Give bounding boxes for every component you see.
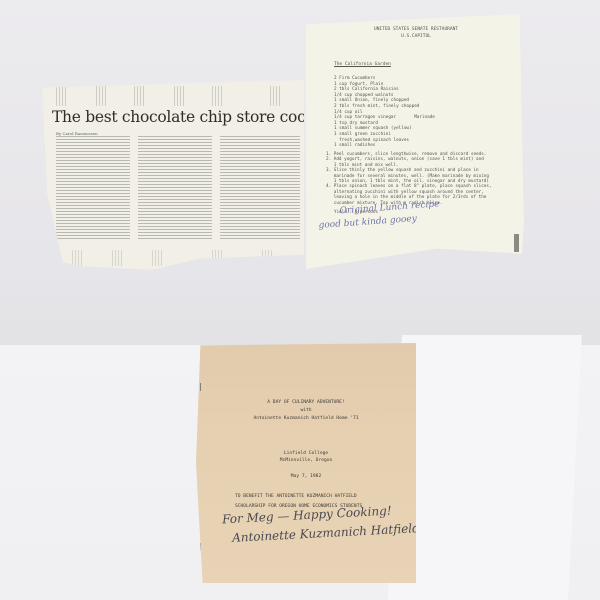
clipping-headline: The best chocolate chip store cookie in … (52, 108, 307, 126)
booklet-venue: Linfield College (196, 451, 416, 456)
recipe-header-restaurant: UNITED STATES SENATE RESTAURANT (346, 27, 486, 32)
recipe-steps: 1. Peel cucumbers, slice lengthwise, rem… (326, 152, 516, 206)
booklet-signature: Antoinette Kuzmanich Hatfield (232, 521, 420, 545)
paper-clip-mark (514, 234, 519, 252)
backdrop-right-sheet (388, 335, 582, 600)
clipping-top-ad-strip (48, 84, 304, 106)
clipping-bottom-ad-strip (62, 250, 304, 270)
typed-recipe-sheet: UNITED STATES SENATE RESTAURANT U.S.CAPI… (306, 14, 524, 269)
booklet-event-title: A DAY OF CULINARY ADVENTURE! (196, 400, 416, 405)
clipping-column (220, 136, 300, 241)
booklet-host: Antoinette Kuzmanich Hatfield Home '71 (196, 416, 416, 421)
clipping-column (56, 136, 130, 241)
booklet-city: McMinnville, Oregon (196, 458, 416, 463)
recipe-title: The California Garden (334, 62, 391, 67)
booklet-with: with (196, 408, 416, 413)
staple (200, 383, 201, 391)
clipping-column (138, 136, 212, 241)
booklet-benefit-line-1: TO BENEFIT THE ANTOINETTE KUZMANICH HATF… (235, 494, 357, 499)
program-booklet: A DAY OF CULINARY ADVENTURE! with Antoin… (196, 343, 416, 583)
newspaper-clipping: The best chocolate chip store cookie in … (42, 80, 304, 270)
recipe-ingredient-list: 2 Firm Cucumbers 1 cup Yogurt, Plain 2 t… (334, 76, 435, 149)
booklet-date: May 7, 1982 (196, 474, 416, 479)
recipe-header-capitol: U.S.CAPITOL (346, 34, 486, 39)
